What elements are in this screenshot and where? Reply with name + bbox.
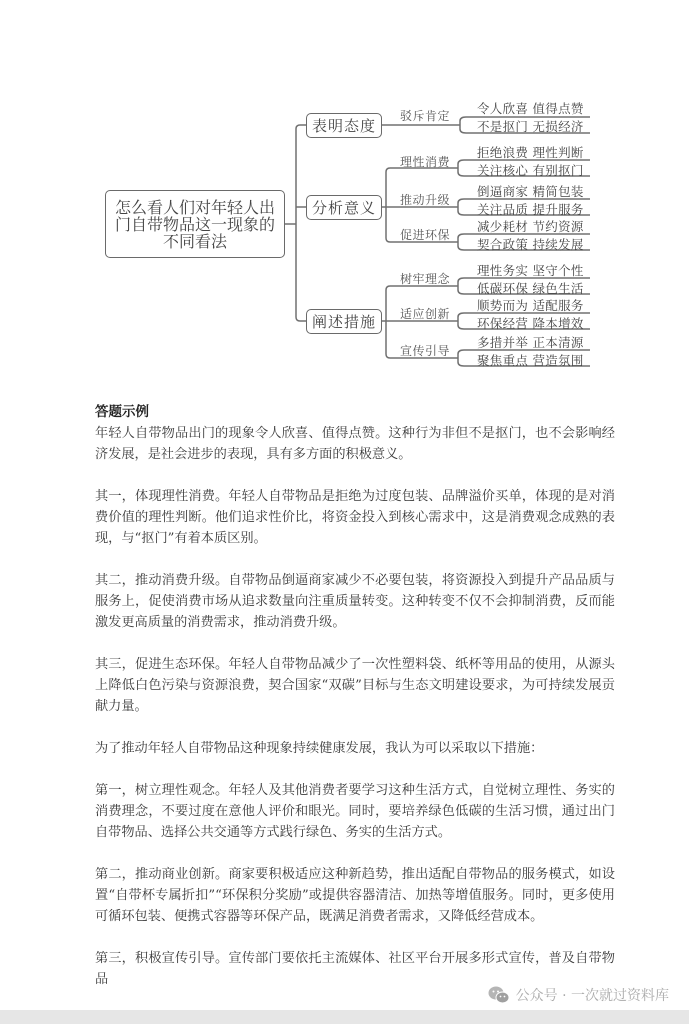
branch-attitude: 表明态度 — [306, 113, 382, 138]
leaf: 多措并举 正本清源 — [477, 333, 584, 351]
watermark-text: 公众号 · 一次就过资料库 — [516, 985, 669, 1005]
branch-measures: 阐述措施 — [306, 309, 382, 334]
sub-publicity-guide: 宣传引导 — [400, 342, 450, 359]
paragraph-point-2: 其二，推动消费升级。自带物品倒逼商家减少不必要包装，将资源投入到提升产品品质与服… — [95, 570, 615, 633]
leaf: 低碳环保 绿色生活 — [477, 279, 584, 297]
mind-map: 怎么看人们对年轻人出门自带物品这一现象的不同看法 表明态度 分析意义 阐述措施 … — [0, 0, 689, 390]
wechat-icon — [488, 986, 510, 1004]
leaf: 拒绝浪费 理性判断 — [477, 143, 584, 161]
leaf: 契合政策 持续发展 — [477, 235, 584, 253]
paragraph-intro: 年轻人自带物品出门的现象令人欣喜、值得点赞。这种行为非但不是抠门，也不会影响经济… — [95, 423, 615, 465]
branch-significance: 分析意义 — [306, 195, 382, 220]
paragraph-point-3: 其三，促进生态环保。年轻人自带物品减少了一次性塑料袋、纸杯等用品的使用，从源头上… — [95, 654, 615, 717]
leaf: 关注品质 提升服务 — [477, 200, 584, 218]
leaf: 理性务实 坚守个性 — [477, 261, 584, 279]
paragraph-measure-3: 第三，积极宣传引导。宣传部门要依托主流媒体、社区平台开展多形式宣传，普及自带物品 — [95, 948, 615, 990]
leaf: 减少耗材 节约资源 — [477, 217, 584, 235]
watermark: 公众号 · 一次就过资料库 — [488, 985, 669, 1005]
leaf: 关注核心 有别抠门 — [477, 161, 584, 179]
leaf: 令人欣喜 值得点赞 — [477, 99, 584, 117]
sub-refute-affirm: 驳斥肯定 — [400, 107, 450, 124]
mind-map-root: 怎么看人们对年轻人出门自带物品这一现象的不同看法 — [105, 190, 285, 258]
sub-rational-consumption: 理性消费 — [400, 153, 450, 170]
leaf: 不是抠门 无损经济 — [477, 117, 584, 135]
leaf: 聚焦重点 营造氛围 — [477, 351, 584, 369]
sub-promote-upgrade: 推动升级 — [400, 191, 450, 208]
bottom-bar — [0, 1010, 689, 1024]
leaf: 倒逼商家 精简包装 — [477, 182, 584, 200]
answer-heading: 答题示例 — [95, 402, 615, 423]
sub-promote-eco: 促进环保 — [400, 226, 450, 243]
answer-section: 答题示例 年轻人自带物品出门的现象令人欣喜、值得点赞。这种行为非但不是抠门，也不… — [95, 402, 615, 1011]
sub-establish-concept: 树牢理念 — [400, 270, 450, 287]
leaf: 环保经营 降本增效 — [477, 314, 584, 332]
paragraph-measure-2: 第二，推动商业创新。商家要积极适应这种新趋势，推出适配自带物品的服务模式，如设置… — [95, 864, 615, 927]
paragraph-point-1: 其一，体现理性消费。年轻人自带物品是拒绝为过度包装、品牌溢价买单，体现的是对消费… — [95, 486, 615, 549]
sub-adapt-innovate: 适应创新 — [400, 305, 450, 322]
paragraph-measure-1: 第一，树立理性观念。年轻人及其他消费者要学习这种生活方式，自觉树立理性、务实的消… — [95, 780, 615, 843]
paragraph-measures-intro: 为了推动年轻人自带物品这种现象持续健康发展，我认为可以采取以下措施： — [95, 738, 615, 759]
leaf: 顺势而为 适配服务 — [477, 296, 584, 314]
